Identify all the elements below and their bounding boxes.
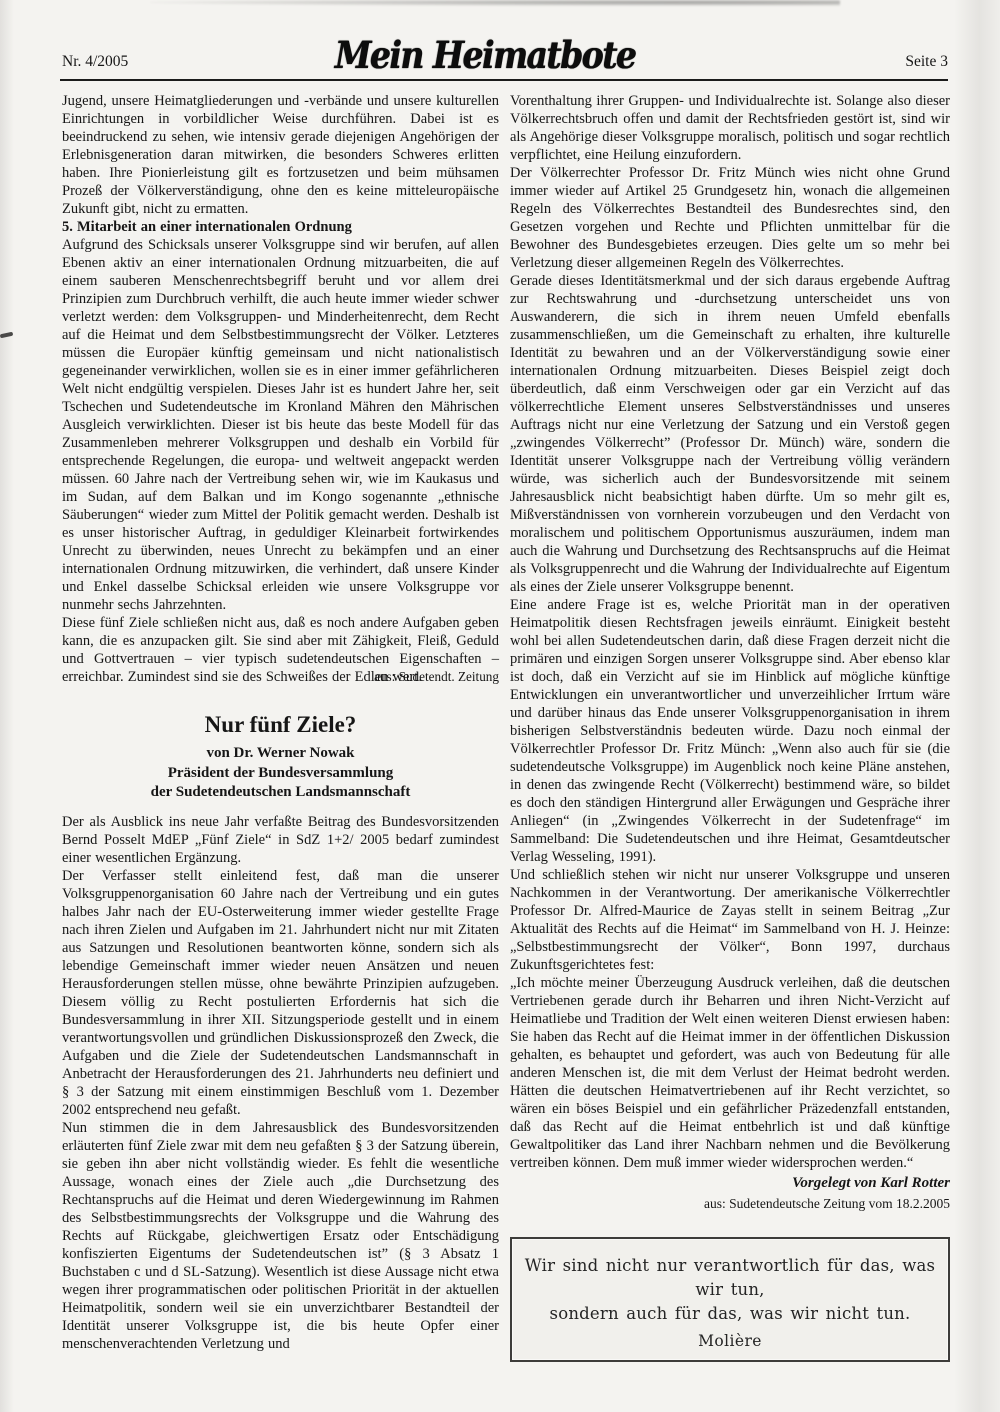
quote-line: sondern auch für das, was wir nicht tun.: [520, 1302, 940, 1326]
article-source-credit: aus: Sudetendeutsche Zeitung vom 18.2.20…: [510, 1195, 950, 1213]
article-paragraph: Eine andere Frage ist es, welche Priorit…: [510, 596, 950, 866]
right-column: Vorenthaltung ihrer Gruppen- und Individ…: [510, 92, 950, 1362]
article-heading-block: Nur fünf Ziele? von Dr. Werner Nowak Prä…: [62, 710, 499, 803]
page-header: Nr. 4/2005 Mein Heimatbote Seite 3: [0, 0, 1000, 79]
article-byline: von Dr. Werner Nowak: [62, 744, 499, 764]
article-byline-org: der Sudetendeutschen Landsmannschaft: [62, 783, 499, 803]
article-paragraph: Der Völkerrechter Professor Dr. Fritz Mü…: [510, 164, 950, 272]
article-paragraph: Vorenthaltung ihrer Gruppen- und Individ…: [510, 92, 950, 164]
prev-article-paragraph: Aufgrund des Schicksals unserer Volksgru…: [62, 236, 499, 614]
prev-article-continuation: Jugend, unsere Heimatgliederungen und -v…: [62, 92, 499, 218]
article-paragraph: „Ich möchte meiner Überzeugung Ausdruck …: [510, 974, 950, 1172]
quote-line: Wir sind nicht nur verantwortlich für da…: [520, 1254, 940, 1302]
article-byline-role: Präsident der Bundesversammlung: [62, 764, 499, 784]
article-paragraph: Und schließlich stehen wir nicht nur uns…: [510, 866, 950, 974]
section-heading: 5. Mitarbeit an einer internationalen Or…: [62, 218, 499, 236]
newspaper-page: Nr. 4/2005 Mein Heimatbote Seite 3 Jugen…: [0, 0, 1000, 1412]
quote-attribution: Molière: [520, 1332, 940, 1350]
article-paragraph: Nun stimmen die in dem Jahresausblick de…: [62, 1119, 499, 1353]
quote-box: Wir sind nicht nur verantwortlich für da…: [510, 1237, 950, 1362]
article-paragraph: Der als Ausblick ins neue Jahr verfaßte …: [62, 813, 499, 867]
article-paragraph: Der Verfasser stellt einleitend fest, da…: [62, 867, 499, 1119]
article-paragraph: Gerade dieses Identitätsmerkmal und der …: [510, 272, 950, 596]
page-number: Seite 3: [905, 53, 948, 71]
masthead-logo: Mein Heimatbote: [0, 33, 970, 77]
left-column: Jugend, unsere Heimatgliederungen und -v…: [62, 92, 499, 1362]
article-title: Nur fünf Ziele?: [62, 710, 499, 739]
page-body: Jugend, unsere Heimatgliederungen und -v…: [0, 81, 1000, 1362]
article-signature: Vorgelegt von Karl Rotter: [510, 1174, 950, 1193]
